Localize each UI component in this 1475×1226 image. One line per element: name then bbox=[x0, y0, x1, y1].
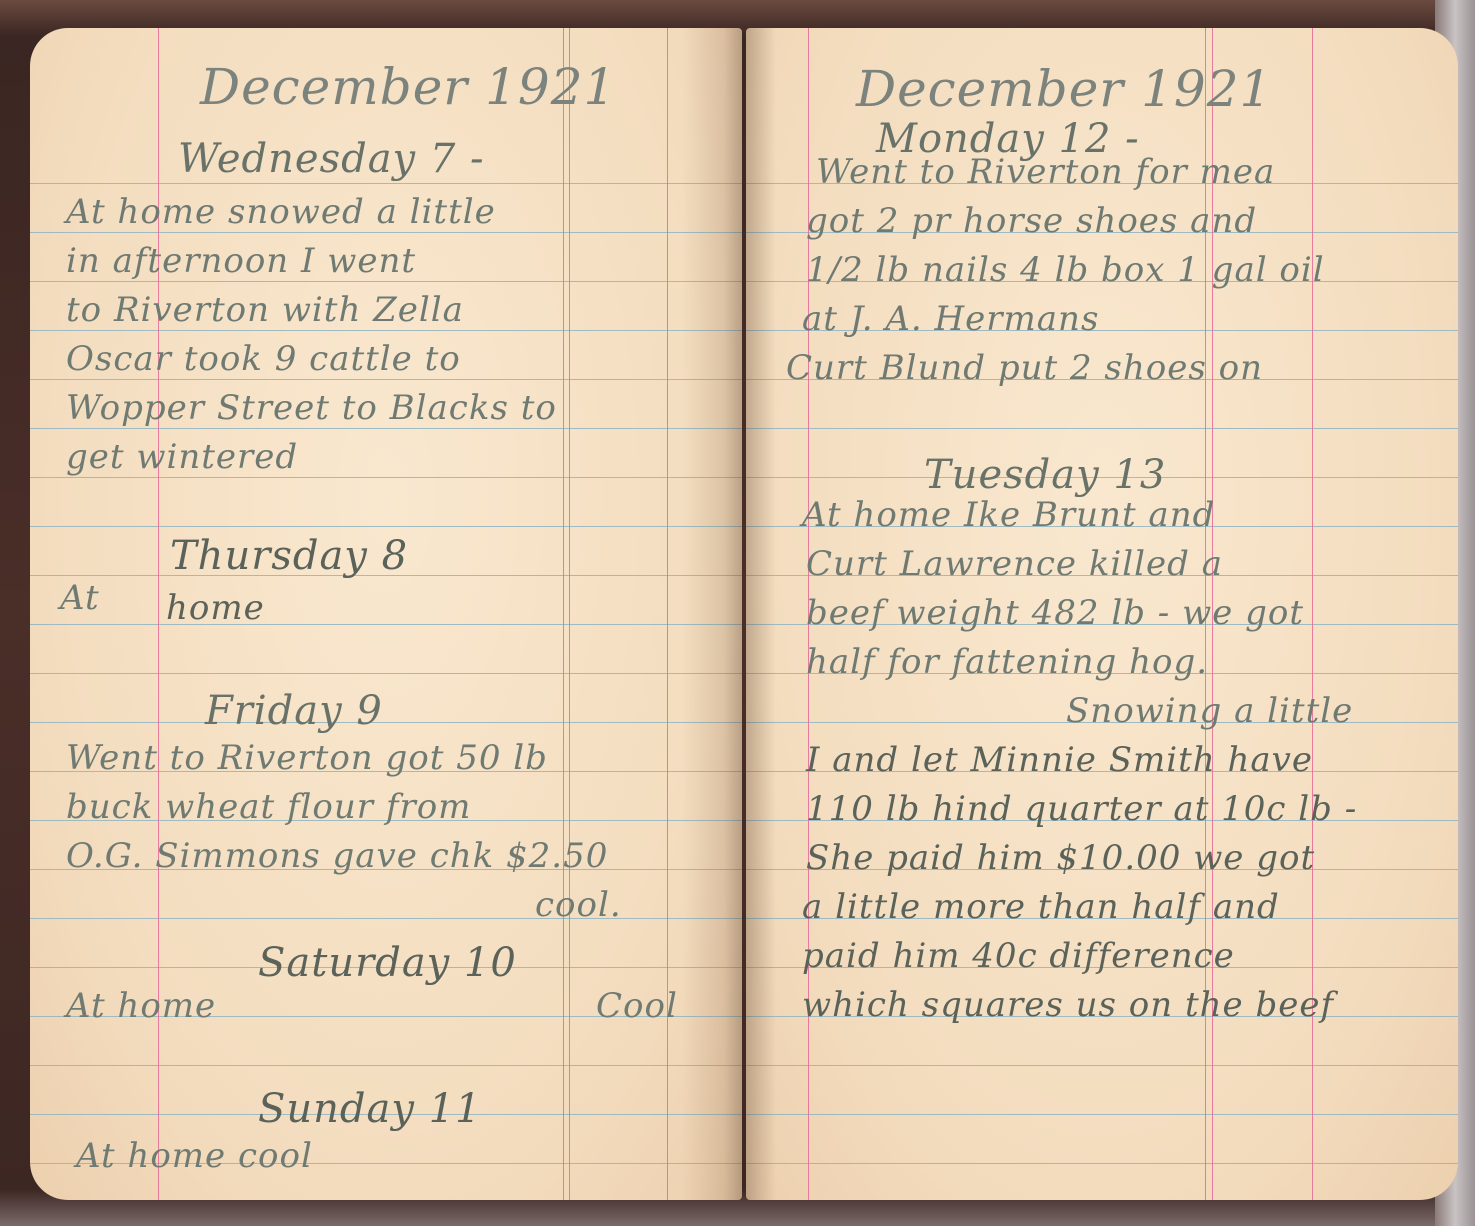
ruled-line bbox=[30, 477, 742, 478]
entry-line: buck wheat flour from bbox=[66, 787, 471, 827]
entry-line: which squares us on the beef bbox=[802, 985, 1334, 1025]
month-header: December 1921 bbox=[200, 58, 616, 116]
right-page: December 1921 Monday 12 - Went to Rivert… bbox=[746, 28, 1458, 1200]
entry-line: 1/2 lb nails 4 lb box 1 gal oil bbox=[806, 250, 1325, 290]
ruled-line bbox=[30, 918, 742, 919]
entry-line: half for fattening hog. bbox=[806, 642, 1208, 682]
entry-line: in afternoon I went bbox=[66, 241, 416, 281]
entry-line: Oscar took 9 cattle to bbox=[66, 339, 461, 379]
ruled-line bbox=[30, 281, 742, 282]
day-heading-thursday: Thursday 8 bbox=[170, 533, 408, 579]
ruled-line bbox=[30, 722, 742, 723]
entry-line: paid him 40c difference bbox=[802, 936, 1235, 976]
ruled-line bbox=[30, 624, 742, 625]
entry-line: Went to Riverton got 50 lb bbox=[66, 738, 548, 778]
day-heading-tuesday: Tuesday 13 bbox=[924, 452, 1166, 498]
day-heading-wednesday: Wednesday 7 - bbox=[178, 136, 485, 182]
margin-line bbox=[569, 28, 570, 1200]
ruled-line bbox=[746, 1114, 1458, 1115]
entry-line: to Riverton with Zella bbox=[66, 290, 464, 330]
entry-line: cool. bbox=[535, 885, 622, 925]
entry-line: I and let Minnie Smith have bbox=[806, 740, 1313, 780]
entry-line: Curt Lawrence killed a bbox=[806, 544, 1223, 584]
entry-line: 110 lb hind quarter at 10c lb - bbox=[806, 789, 1357, 829]
ruled-line bbox=[30, 232, 742, 233]
ruled-line bbox=[30, 1065, 742, 1066]
entry-line: a little more than half and bbox=[802, 887, 1280, 927]
day-heading-sunday: Sunday 11 bbox=[258, 1086, 482, 1132]
entry-line: Cool bbox=[596, 986, 678, 1026]
entry-line: beef weight 482 lb - we got bbox=[806, 593, 1304, 633]
ruled-line bbox=[746, 1065, 1458, 1066]
entry-line: Snowing a little bbox=[1066, 691, 1353, 731]
entry-line: O.G. Simmons gave chk $2.50 bbox=[66, 836, 608, 876]
entry-line: She paid him $10.00 we got bbox=[806, 838, 1315, 878]
ruled-line bbox=[30, 673, 742, 674]
ruled-line bbox=[30, 428, 742, 429]
entry-line: Went to Riverton for mea bbox=[816, 152, 1275, 192]
entry-line: At home bbox=[66, 986, 216, 1026]
gutter-shadow bbox=[746, 28, 776, 1200]
entry-line: At bbox=[60, 578, 100, 618]
ruled-line bbox=[30, 526, 742, 527]
left-page: December 1921 Wednesday 7 - At home snow… bbox=[30, 28, 742, 1200]
entry-line: At home Ike Brunt and bbox=[802, 495, 1215, 535]
ruled-line bbox=[30, 379, 742, 380]
ruled-line bbox=[746, 428, 1458, 429]
entry-line: At home snowed a little bbox=[66, 192, 496, 232]
day-heading-friday: Friday 9 bbox=[205, 688, 383, 734]
entry-line: home bbox=[166, 588, 265, 628]
entry-line: get wintered bbox=[66, 437, 298, 477]
entry-line: at J. A. Hermans bbox=[802, 299, 1099, 339]
entry-line: got 2 pr horse shoes and bbox=[806, 201, 1257, 241]
month-header: December 1921 bbox=[856, 60, 1272, 118]
entry-line: Wopper Street to Blacks to bbox=[66, 388, 557, 428]
day-heading-saturday: Saturday 10 bbox=[258, 940, 517, 986]
margin-line bbox=[563, 28, 564, 1200]
ruled-line bbox=[30, 183, 742, 184]
ruled-line bbox=[30, 330, 742, 331]
gutter-shadow bbox=[682, 28, 742, 1200]
entry-line: Curt Blund put 2 shoes on bbox=[786, 348, 1263, 388]
ruled-line bbox=[746, 1163, 1458, 1164]
entry-line: At home cool bbox=[76, 1136, 313, 1176]
